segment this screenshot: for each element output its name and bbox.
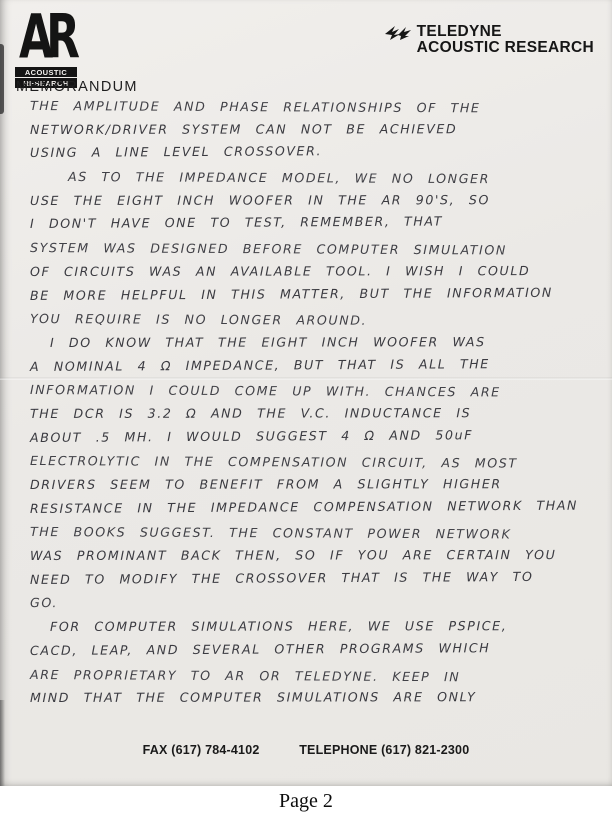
telephone-number: TELEPHONE (617) 821-2300 (299, 743, 469, 757)
memo-line: A NOMINAL 4 Ω IMPEDANCE, BUT THAT IS ALL… (30, 356, 592, 372)
teledyne-logo: TELEDYNE ACOUSTIC RESEARCH (384, 24, 594, 55)
memo-line: NETWORK/DRIVER SYSTEM CAN NOT BE ACHIEVE… (30, 122, 592, 136)
memo-line: DRIVERS SEEM TO BENEFIT FROM A SLIGHTLY … (30, 477, 592, 491)
memo-title: MEMORANDUM (16, 79, 138, 95)
memo-line: THE DCR IS 3.2 Ω AND THE V.C. INDUCTANCE… (30, 406, 592, 420)
memo-line: RESISTANCE IN THE IMPEDANCE COMPENSATION… (30, 498, 592, 514)
memo-line: ELECTROLYTIC IN THE COMPENSATION CIRCUIT… (30, 454, 592, 470)
memo-line: ARE PROPRIETARY TO AR OR TELEDYNE. KEEP … (30, 668, 592, 684)
fax-number: FAX (617) 784-4102 (143, 743, 260, 757)
ar-logo: AR ACOUSTIC RESEARCH (15, 8, 77, 88)
memo-line: OF CIRCUITS WAS AN AVAILABLE TOOL. I WIS… (30, 264, 592, 278)
memo-line: USING A LINE LEVEL CROSSOVER. (30, 143, 592, 159)
memo-line: BE MORE HELPFUL IN THIS MATTER, BUT THE … (30, 285, 592, 301)
memo-line: I DON'T HAVE ONE TO TEST, REMEMBER, THAT (30, 214, 592, 230)
memo-line: USE THE EIGHT INCH WOOFER IN THE AR 90'S… (30, 193, 592, 207)
scan-edge-artifact (0, 44, 4, 114)
contact-footer: FAX (617) 784-4102 TELEPHONE (617) 821-2… (0, 743, 612, 757)
scanned-memo-page: AR ACOUSTIC RESEARCH TELEDYNE ACOUSTIC R… (0, 0, 612, 786)
memo-line: NEED TO MODIFY THE CROSSOVER THAT IS THE… (30, 569, 592, 585)
memo-line: CACD, LEAP, AND SEVERAL OTHER PROGRAMS W… (30, 640, 592, 656)
memo-line: AS TO THE IMPEDANCE MODEL, WE NO LONGER (68, 170, 592, 186)
memo-line: MIND THAT THE COMPUTER SIMULATIONS ARE O… (30, 690, 592, 704)
memo-line: FOR COMPUTER SIMULATIONS HERE, WE USE PS… (50, 619, 592, 633)
memo-line: THE BOOKS SUGGEST. THE CONSTANT POWER NE… (30, 525, 592, 541)
memo-line: INFORMATION I COULD COME UP WITH. CHANCE… (30, 383, 592, 399)
memo-line: GO. (30, 596, 592, 612)
page-caption: Page 2 (0, 786, 612, 821)
memo-line: WAS PROMINANT BACK THEN, SO IF YOU ARE C… (30, 548, 592, 562)
memo-line: ABOUT .5 MH. I WOULD SUGGEST 4 Ω AND 50u… (30, 427, 592, 443)
memo-line: YOU REQUIRE IS NO LONGER AROUND. (30, 312, 592, 328)
memo-line: THE AMPLITUDE AND PHASE RELATIONSHIPS OF… (30, 99, 592, 115)
memo-line: I DO KNOW THAT THE EIGHT INCH WOOFER WAS (50, 335, 592, 349)
teledyne-name: TELEDYNE (417, 24, 594, 40)
memo-body: THE AMPLITUDE AND PHASE RELATIONSHIPS OF… (30, 99, 592, 715)
memo-line: SYSTEM WAS DESIGNED BEFORE COMPUTER SIMU… (30, 241, 592, 257)
teledyne-arrows-icon (384, 25, 414, 46)
teledyne-division: ACOUSTIC RESEARCH (417, 40, 594, 56)
ar-monogram-icon: AR (15, 8, 77, 88)
